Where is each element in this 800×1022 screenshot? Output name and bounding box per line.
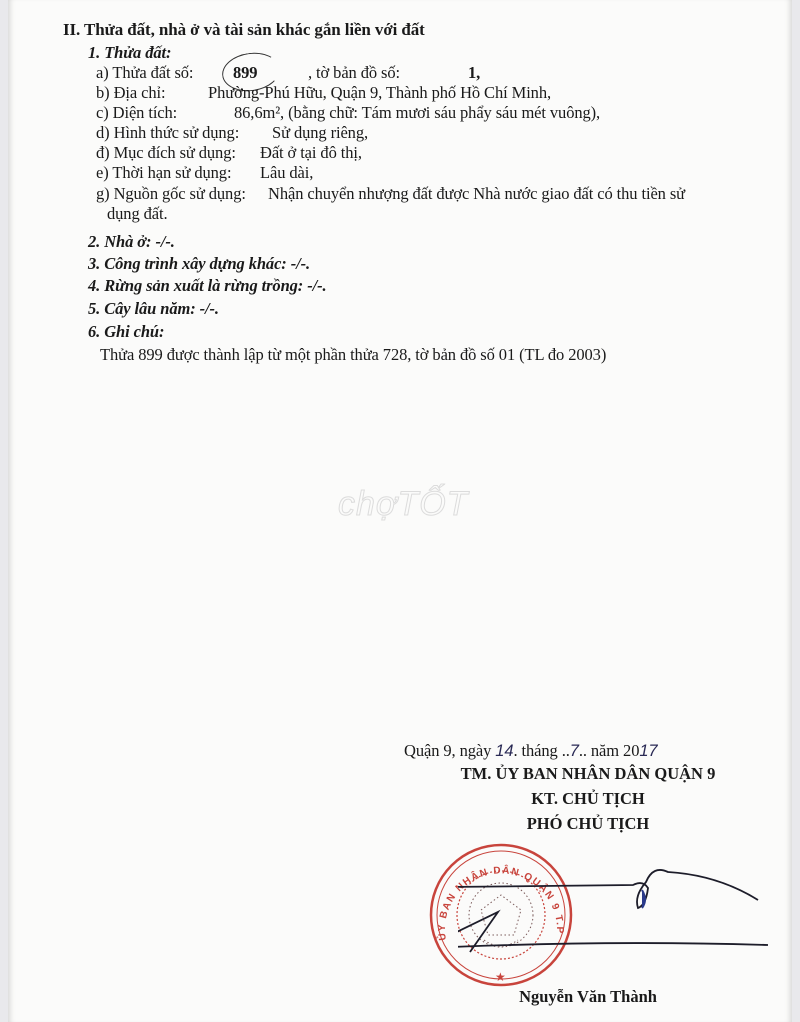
map-sheet-label: , tờ bản đồ số:	[308, 63, 400, 83]
date-day: 14	[495, 742, 513, 760]
address-value: Phường-Phú Hữu, Quận 9, Thành phố Hồ Chí…	[208, 83, 551, 103]
land-parcel-number: 899	[233, 63, 257, 83]
address-label: b) Địa chỉ:	[96, 83, 165, 103]
authority-title: TM. ỦY BAN NHÂN DÂN QUẬN 9	[388, 764, 788, 784]
area-value: 86,6m², (bằng chữ: Tám mươi sáu phẩy sáu…	[234, 103, 600, 123]
notes-heading: 6. Ghi chú:	[88, 322, 164, 342]
usage-purpose-label: đ) Mục đích sử dụng:	[96, 143, 236, 163]
land-heading: 1. Thửa đất:	[88, 43, 171, 63]
origin-value-line1: Nhận chuyển nhượng đất được Nhà nước gia…	[268, 184, 685, 204]
handwritten-signature	[458, 860, 788, 970]
month-label: tháng	[522, 741, 558, 760]
date-month: 7	[570, 742, 579, 760]
planted-forest-item: 4. Rừng sản xuất là rừng trồng: -/-.	[88, 276, 327, 296]
house-item: 2. Nhà ở: -/-.	[88, 232, 175, 252]
signer-name: Nguyễn Văn Thành	[388, 987, 788, 1007]
origin-label: g) Nguồn gốc sử dụng:	[96, 184, 246, 204]
svg-text:★: ★	[495, 970, 506, 984]
usage-form-label: d) Hình thức sử dụng:	[96, 123, 239, 143]
other-construction-item: 3. Công trình xây dựng khác: -/-.	[88, 254, 310, 274]
date-prefix: Quận 9, ngày	[404, 741, 491, 760]
origin-value-line2: dụng đất.	[107, 204, 168, 224]
area-label: c) Diện tích:	[96, 103, 177, 123]
on-behalf-title: KT. CHỦ TỊCH	[388, 789, 788, 809]
year-label: năm 20	[591, 741, 639, 760]
chotot-watermark: chợTỐT	[338, 485, 468, 524]
land-parcel-label: a) Thửa đất số:	[96, 63, 193, 83]
date-year-suffix: 17	[639, 742, 657, 760]
usage-term-label: e) Thời hạn sử dụng:	[96, 163, 231, 183]
position-title: PHÓ CHỦ TỊCH	[388, 814, 788, 834]
document-page: II. Thửa đất, nhà ở và tài sản khác gắn …	[8, 0, 792, 1022]
section-title: II. Thửa đất, nhà ở và tài sản khác gắn …	[63, 20, 425, 40]
map-sheet-number: 1,	[468, 63, 480, 83]
perennial-trees-item: 5. Cây lâu năm: -/-.	[88, 299, 219, 319]
usage-form-value: Sử dụng riêng,	[272, 123, 368, 143]
date-line: Quận 9, ngày 14. tháng ..7.. năm 2017	[404, 741, 658, 761]
usage-term-value: Lâu dài,	[260, 163, 313, 183]
notes-text: Thửa 899 được thành lập từ một phần thửa…	[100, 345, 606, 365]
usage-purpose-value: Đất ở tại đô thị,	[260, 143, 362, 163]
